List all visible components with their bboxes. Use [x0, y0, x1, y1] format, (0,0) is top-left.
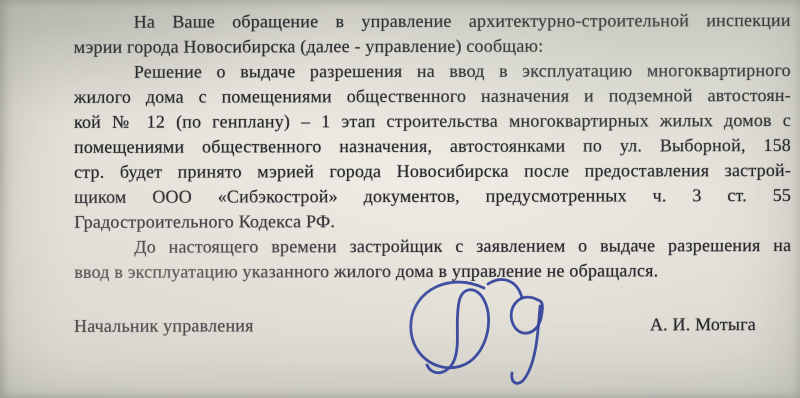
- letter-line: До настоящего времени застройщик с заявл…: [74, 233, 791, 260]
- letter-line: Решение о выдаче разрешения на ввод в эк…: [74, 58, 791, 85]
- letter-line: щиком ООО «Сибэкострой» документов, пред…: [74, 183, 791, 210]
- signatory-name: А. И. Мотыга: [650, 314, 756, 335]
- letter-line: На Ваше обращение в управление архитекту…: [74, 8, 791, 35]
- letter-line: стр. будет принято мэрией города Новосиб…: [74, 158, 791, 185]
- signatory-title: Начальник управления: [74, 315, 254, 336]
- scanned-letter-photo: На Ваше обращение в управление архитекту…: [0, 0, 800, 398]
- letter-line: кой № 12 (по генплану) – 1 этап строител…: [74, 108, 791, 135]
- letter-line: Градостроительного Кодекса РФ.: [74, 208, 791, 235]
- letter-line: жилого дома с помещениями общественного …: [74, 83, 791, 110]
- signoff-row: Начальник управления А. И. Мотыга: [0, 314, 800, 337]
- letter-line: помещениями общественного назначения, ав…: [74, 133, 791, 160]
- letter-line: мэрии города Новосибирска (далее - управ…: [74, 33, 791, 60]
- letter-body: На Ваше обращение в управление архитекту…: [0, 8, 800, 285]
